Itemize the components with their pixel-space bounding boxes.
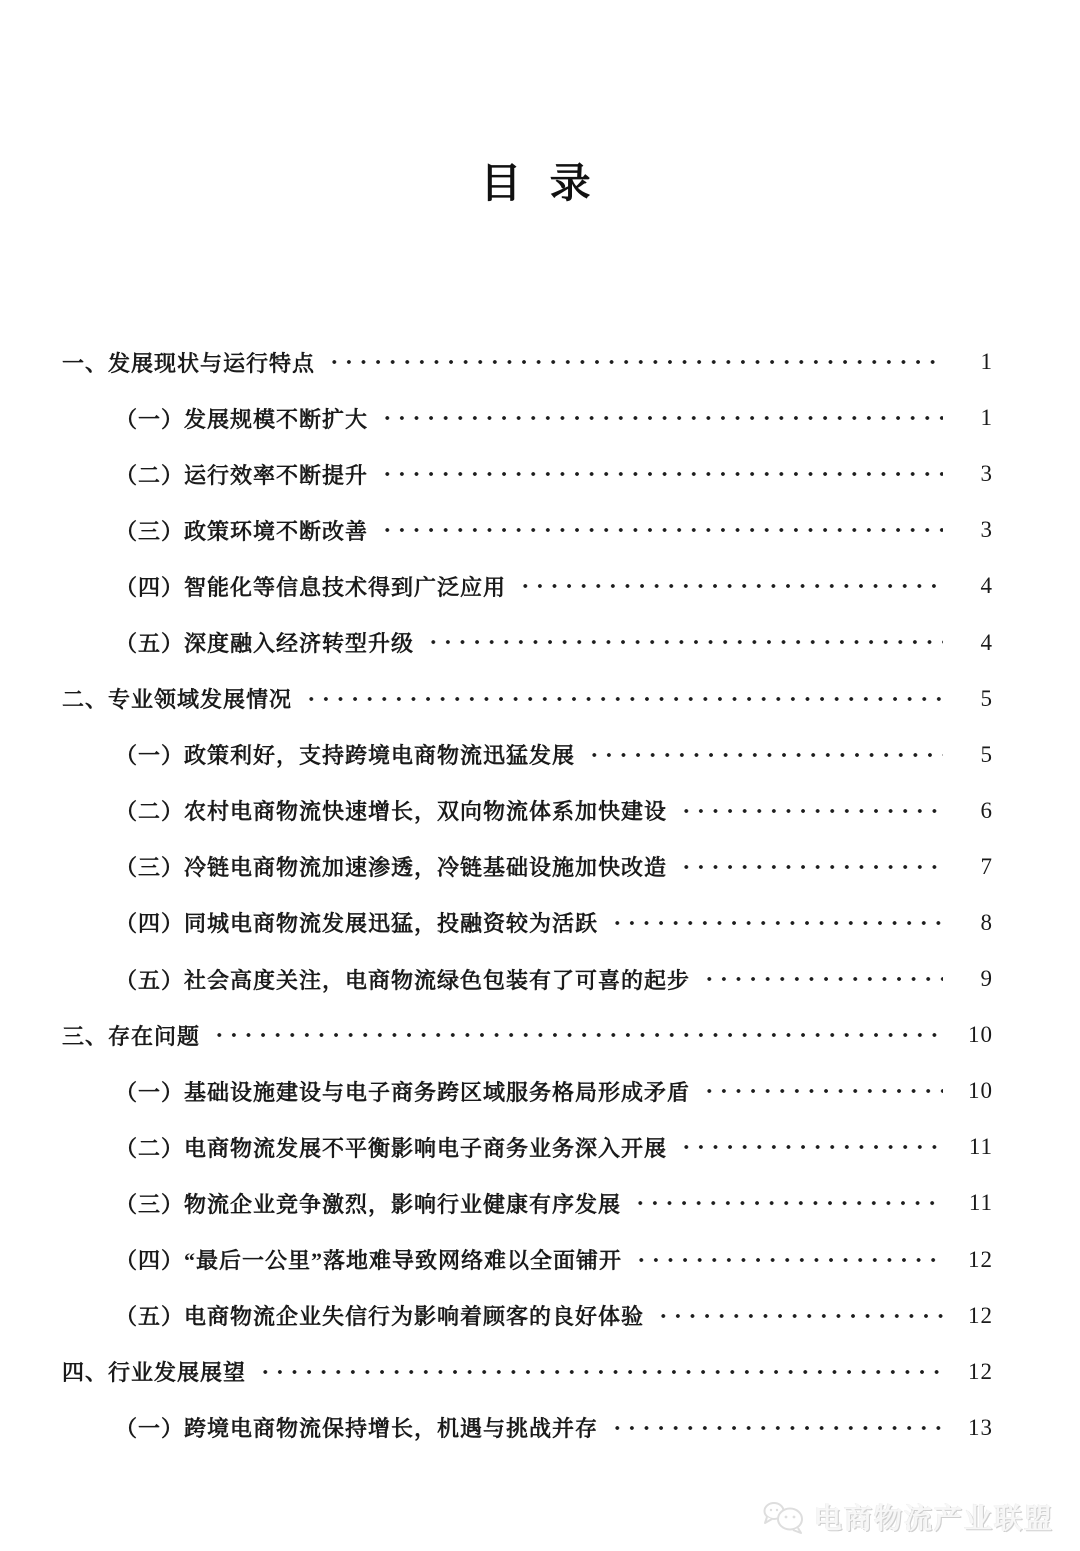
- toc-entry-label: （二）农村电商物流快速增长，双向物流体系加快建设: [115, 795, 667, 826]
- toc-entry-page-number: 5: [951, 742, 993, 768]
- toc-entry-page-number: 13: [951, 1415, 993, 1441]
- toc-entry: 四、行业发展展望 12: [62, 1344, 993, 1400]
- toc-entry-label: （一）发展规模不断扩大: [115, 403, 368, 434]
- toc-entry-page-number: 8: [951, 910, 993, 936]
- toc-entry-label: （三）政策环境不断改善: [115, 515, 368, 546]
- toc-entry: （一）发展规模不断扩大 1: [62, 390, 993, 446]
- toc-dot-leader: [679, 1119, 943, 1175]
- toc-entry-label: （五）电商物流企业失信行为影响着顾客的良好体验: [115, 1300, 644, 1331]
- toc-dot-leader: [702, 1063, 943, 1119]
- toc-entry-label: （四）“最后一公里”落地难导致网络难以全面铺开: [115, 1244, 622, 1275]
- toc-entry-page-number: 3: [951, 461, 993, 487]
- toc-entry-page-number: 4: [951, 573, 993, 599]
- document-page: 目 录 一、发展现状与运行特点 1 （一）发展规模不断扩大 1 （二）运行效率不…: [0, 0, 1080, 1551]
- toc-entry-page-number: 1: [951, 349, 993, 375]
- toc-list: 一、发展现状与运行特点 1 （一）发展规模不断扩大 1 （二）运行效率不断提升 …: [62, 334, 993, 1456]
- toc-entry-page-number: 11: [951, 1190, 993, 1216]
- toc-dot-leader: [656, 1288, 943, 1344]
- toc-entry-page-number: 7: [951, 854, 993, 880]
- toc-dot-leader: [380, 446, 943, 502]
- toc-entry: （三）物流企业竞争激烈，影响行业健康有序发展 11: [62, 1175, 993, 1231]
- toc-entry: 三、存在问题 10: [62, 1007, 993, 1063]
- toc-entry: 二、专业领域发展情况 5: [62, 671, 993, 727]
- toc-entry: （四）“最后一公里”落地难导致网络难以全面铺开 12: [62, 1232, 993, 1288]
- toc-dot-leader: [380, 390, 943, 446]
- toc-entry-page-number: 12: [951, 1247, 993, 1273]
- toc-dot-leader: [258, 1344, 943, 1400]
- toc-entry: （一）跨境电商物流保持增长，机遇与挑战并存 13: [62, 1400, 993, 1456]
- toc-entry-page-number: 6: [951, 798, 993, 824]
- toc-entry-label: （五）社会高度关注，电商物流绿色包装有了可喜的起步: [115, 964, 690, 995]
- toc-entry: （三）冷链电商物流加速渗透，冷链基础设施加快改造 7: [62, 839, 993, 895]
- toc-entry-page-number: 10: [951, 1078, 993, 1104]
- toc-dot-leader: [327, 334, 943, 390]
- toc-entry: （一）政策利好，支持跨境电商物流迅猛发展 5: [62, 727, 993, 783]
- toc-dot-leader: [679, 783, 943, 839]
- toc-entry-label: 一、发展现状与运行特点: [62, 347, 315, 378]
- toc-entry-label: （五）深度融入经济转型升级: [115, 627, 414, 658]
- toc-dot-leader: [587, 727, 943, 783]
- toc-entry: （五）深度融入经济转型升级 4: [62, 614, 993, 670]
- toc-entry: （一）基础设施建设与电子商务跨区域服务格局形成矛盾 10: [62, 1063, 993, 1119]
- toc-entry-page-number: 5: [951, 686, 993, 712]
- toc-entry-page-number: 1: [951, 405, 993, 431]
- toc-dot-leader: [426, 614, 943, 670]
- toc-dot-leader: [518, 558, 943, 614]
- toc-entry-page-number: 4: [951, 630, 993, 656]
- toc-entry-label: 三、存在问题: [62, 1020, 200, 1051]
- toc-entry: （二）农村电商物流快速增长，双向物流体系加快建设 6: [62, 783, 993, 839]
- toc-entry-page-number: 11: [951, 1134, 993, 1160]
- wechat-chat-bubbles-icon: [761, 1499, 807, 1535]
- toc-dot-leader: [702, 951, 943, 1007]
- toc-entry-page-number: 10: [951, 1022, 993, 1048]
- toc-dot-leader: [634, 1232, 943, 1288]
- toc-dot-leader: [304, 671, 943, 727]
- toc-entry-label: 二、专业领域发展情况: [62, 683, 292, 714]
- toc-entry-page-number: 12: [951, 1359, 993, 1385]
- toc-dot-leader: [380, 502, 943, 558]
- toc-entry-label: 四、行业发展展望: [62, 1356, 246, 1387]
- toc-entry-label: （二）电商物流发展不平衡影响电子商务业务深入开展: [115, 1132, 667, 1163]
- toc-dot-leader: [610, 895, 943, 951]
- page-title: 目 录: [0, 150, 1080, 209]
- toc-entry-page-number: 3: [951, 517, 993, 543]
- toc-entry-label: （三）物流企业竞争激烈，影响行业健康有序发展: [115, 1188, 621, 1219]
- brand-watermark: 电商物流产业联盟: [761, 1497, 1054, 1537]
- toc-entry-label: （四）同城电商物流发展迅猛，投融资较为活跃: [115, 907, 598, 938]
- toc-entry: 一、发展现状与运行特点 1: [62, 334, 993, 390]
- toc-entry-label: （一）基础设施建设与电子商务跨区域服务格局形成矛盾: [115, 1076, 690, 1107]
- toc-entry: （三）政策环境不断改善 3: [62, 502, 993, 558]
- brand-name: 电商物流产业联盟: [814, 1497, 1054, 1537]
- toc-entry-page-number: 9: [951, 966, 993, 992]
- toc-dot-leader: [633, 1175, 943, 1231]
- toc-entry: （四）智能化等信息技术得到广泛应用 4: [62, 558, 993, 614]
- toc-entry: （二）电商物流发展不平衡影响电子商务业务深入开展 11: [62, 1119, 993, 1175]
- toc-dot-leader: [679, 839, 943, 895]
- toc-entry-label: （三）冷链电商物流加速渗透，冷链基础设施加快改造: [115, 851, 667, 882]
- toc-entry-label: （一）跨境电商物流保持增长，机遇与挑战并存: [115, 1412, 598, 1443]
- toc-entry-page-number: 12: [951, 1303, 993, 1329]
- toc-entry-label: （四）智能化等信息技术得到广泛应用: [115, 571, 506, 602]
- toc-entry: （四）同城电商物流发展迅猛，投融资较为活跃 8: [62, 895, 993, 951]
- toc-dot-leader: [610, 1400, 943, 1456]
- toc-dot-leader: [212, 1007, 943, 1063]
- toc-entry-label: （二）运行效率不断提升: [115, 459, 368, 490]
- toc-entry: （五）社会高度关注，电商物流绿色包装有了可喜的起步 9: [62, 951, 993, 1007]
- toc-entry-label: （一）政策利好，支持跨境电商物流迅猛发展: [115, 739, 575, 770]
- toc-entry: （五）电商物流企业失信行为影响着顾客的良好体验 12: [62, 1288, 993, 1344]
- toc-entry: （二）运行效率不断提升 3: [62, 446, 993, 502]
